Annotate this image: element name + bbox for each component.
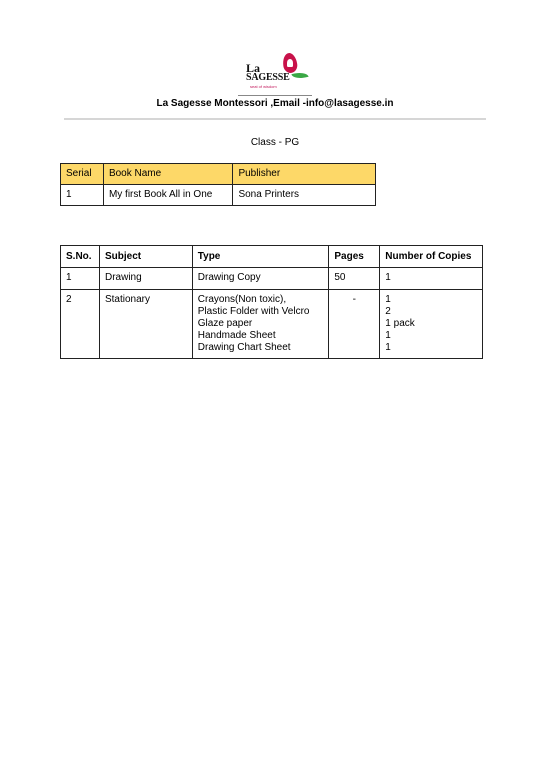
- cell-type: Crayons(Non toxic),Plastic Folder with V…: [192, 290, 329, 359]
- col-publisher: Publisher: [233, 164, 376, 185]
- school-logo: La SAGESSE seat of wisdom: [240, 48, 315, 93]
- col-pages: Pages: [329, 246, 380, 268]
- cell-line: 2: [385, 306, 477, 318]
- cell-type: Drawing Copy: [192, 268, 329, 290]
- cell-pages: 50: [329, 268, 380, 290]
- cell-sno: 1: [61, 268, 100, 290]
- col-copies: Number of Copies: [380, 246, 483, 268]
- cell-line: Drawing Chart Sheet: [198, 342, 324, 354]
- figure-icon: [287, 59, 293, 67]
- school-contact-header: La Sagesse Montessori ,Email -info@lasag…: [0, 98, 550, 109]
- cell-copies: 121 pack11: [380, 290, 483, 359]
- cell-line: Glaze paper: [198, 318, 324, 330]
- books-table: Serial Book Name Publisher 1 My first Bo…: [60, 163, 376, 206]
- cell-serial: 1: [61, 185, 104, 206]
- col-type: Type: [192, 246, 329, 268]
- logo-underline: [238, 95, 312, 96]
- cell-line: Plastic Folder with Velcro: [198, 306, 324, 318]
- table-row: 2 Stationary Crayons(Non toxic),Plastic …: [61, 290, 483, 359]
- cell-line: Drawing Copy: [198, 272, 324, 284]
- cell-publisher: Sona Printers: [233, 185, 376, 206]
- table-row: 1 My first Book All in One Sona Printers: [61, 185, 376, 206]
- cell-line: 1: [385, 330, 477, 342]
- items-header-row: S.No. Subject Type Pages Number of Copie…: [61, 246, 483, 268]
- col-serial: Serial: [61, 164, 104, 185]
- cell-subject: Drawing: [99, 268, 192, 290]
- table-row: 1 Drawing Drawing Copy 50 1: [61, 268, 483, 290]
- logo-text-sagesse: SAGESSE: [246, 72, 290, 83]
- items-table: S.No. Subject Type Pages Number of Copie…: [60, 245, 483, 359]
- books-header-row: Serial Book Name Publisher: [61, 164, 376, 185]
- cell-line: 1 pack: [385, 318, 477, 330]
- cell-sno: 2: [61, 290, 100, 359]
- cell-line: 1: [385, 294, 477, 306]
- cell-line: Handmade Sheet: [198, 330, 324, 342]
- cell-pages: -: [329, 290, 380, 359]
- col-sno: S.No.: [61, 246, 100, 268]
- cell-line: Crayons(Non toxic),: [198, 294, 324, 306]
- cell-book-name: My first Book All in One: [103, 185, 233, 206]
- header-separator: [64, 118, 486, 120]
- cell-line: 1: [385, 272, 477, 284]
- cell-subject: Stationary: [99, 290, 192, 359]
- col-subject: Subject: [99, 246, 192, 268]
- cell-copies: 1: [380, 268, 483, 290]
- cell-line: 1: [385, 342, 477, 354]
- logo-tagline: seat of wisdom: [250, 84, 277, 89]
- class-title: Class - PG: [0, 137, 550, 148]
- col-book-name: Book Name: [103, 164, 233, 185]
